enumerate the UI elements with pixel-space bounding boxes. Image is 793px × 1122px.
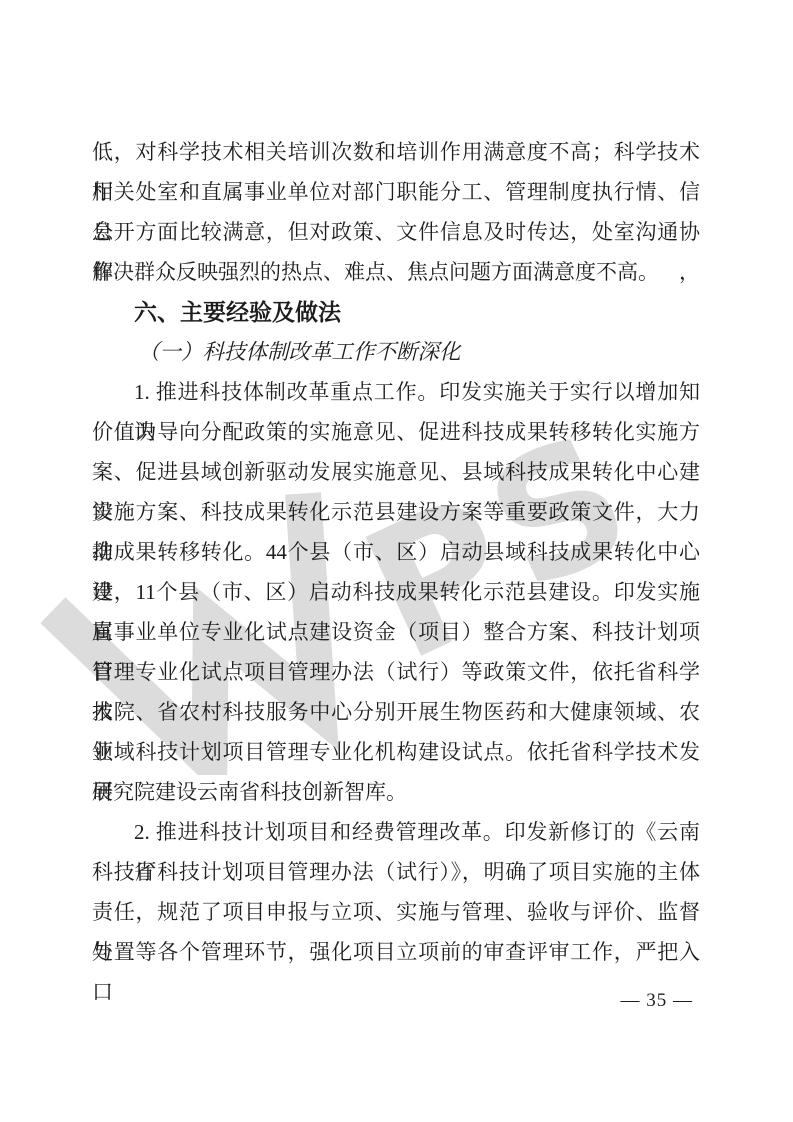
body-line: 解决群众反映强烈的热点、难点、焦点问题方面满意度不高。 [92,252,700,292]
body-line: 价值为导向分配政策的实施意见、促进科技成果转移转化实施方 [92,412,700,452]
body-line: 处置等各个管理环节，强化项目立项前的审查评审工作，严把入口 [92,932,700,972]
body-line: 相关处室和直属事业单位对部门职能分工、管理制度执行情、信息 [92,172,700,212]
body-line: 设，11个县（市、区）启动科技成果转化示范县建设。印发实施直 [92,572,700,612]
page-number: — 35 — [621,990,694,1012]
body-line: 公开方面比较满意，但对政策、文件信息及时传达，处室沟通协作， [92,212,700,252]
body-line: 实施方案、科技成果转化示范县建设方案等重要政策文件，大力推 [92,492,700,532]
document-page: P S 低，对科学技术相关培训次数和培训作用满意度不高；科学技术厅 相关处室和直… [0,0,793,1122]
body-line: 案、促进县域创新驱动发展实施意见、县域科技成果转化中心建设 [92,452,700,492]
body-line: 动成果转移转化。44个县（市、区）启动县域科技成果转化中心建 [92,532,700,572]
body-line: 责任，规范了项目申报与立项、实施与管理、验收与评价、监督与 [92,892,700,932]
body-line: 低，对科学技术相关培训次数和培训作用满意度不高；科学技术厅 [92,132,700,172]
text-block: 低，对科学技术相关培训次数和培训作用满意度不高；科学技术厅 相关处室和直属事业单… [92,132,700,972]
section-heading: 六、主要经验及做法 [92,292,700,332]
body-line: 1. 推进科技体制改革重点工作。印发实施关于实行以增加知识 [92,372,700,412]
sub-heading: （一）科技体制改革工作不断深化 [92,332,700,372]
body-line: 2. 推进科技计划项目和经费管理改革。印发新修订的《云南省 [92,812,700,852]
body-line: 属事业单位专业化试点建设资金（项目）整合方案、科技计划项目 [92,612,700,652]
body-line: 管理专业化试点项目管理办法（试行）等政策文件，依托省科学技 [92,652,700,692]
body-line: 领域科技计划项目管理专业化机构建设试点。依托省科学技术发展 [92,732,700,772]
body-line: 科技厅科技计划项目管理办法（试行）》，明确了项目实施的主体 [92,852,700,892]
body-line: 术院、省农村科技服务中心分别开展生物医药和大健康领域、农业 [92,692,700,732]
body-line: 研究院建设云南省科技创新智库。 [92,772,700,812]
